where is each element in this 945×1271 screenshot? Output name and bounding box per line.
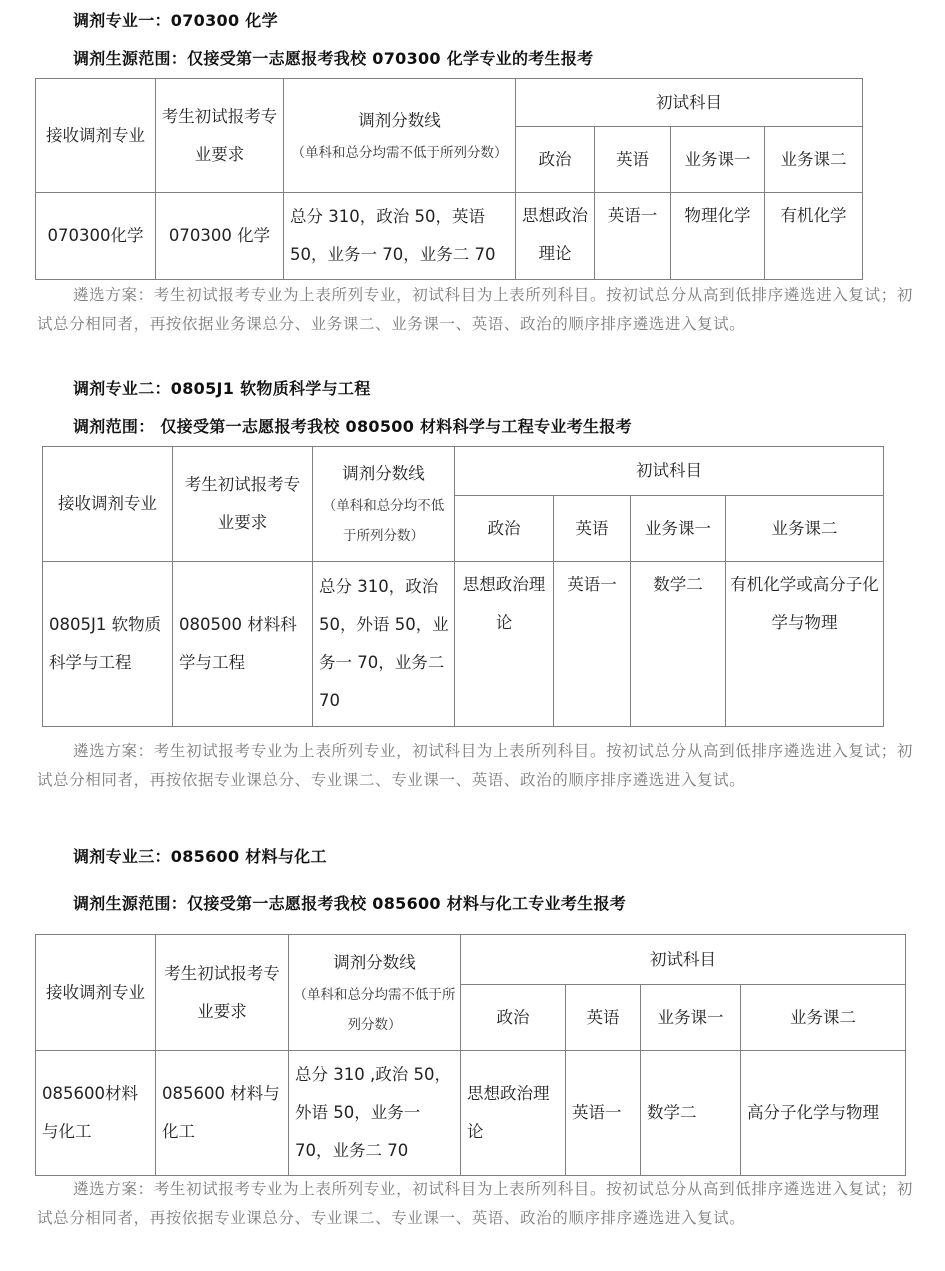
header-politics: 政治: [461, 985, 566, 1051]
header-receiving-major: 接收调剂专业: [43, 447, 173, 562]
cell-score-line: 总分 310，政治 50，外语 50，业务一 70，业务二 70: [313, 562, 455, 727]
cell-course1: 数学二: [631, 562, 726, 727]
header-course1: 业务课一: [671, 127, 765, 193]
cell-politics: 思想政治理论: [516, 193, 595, 280]
header-applicant-major-req: 考生初试报考专业要求: [173, 447, 313, 562]
score-line-label: 调剂分数线: [317, 457, 450, 491]
section-2-scope: 调剂范围： 仅接受第一志愿报考我校 080500 材料科学与工程专业考生报考: [73, 414, 632, 437]
score-line-note: （单科和总分均不低于所列分数）: [317, 491, 450, 551]
header-course2: 业务课二: [741, 985, 906, 1051]
cell-course2: 高分子化学与物理: [741, 1051, 906, 1176]
cell-course1: 数学二: [641, 1051, 741, 1176]
header-course1: 业务课一: [641, 985, 741, 1051]
cell-politics: 思想政治理论: [455, 562, 554, 727]
section-3-selection-plan: 遴选方案：考生初试报考专业为上表所列专业，初试科目为上表所列科目。按初试总分从高…: [37, 1175, 913, 1233]
header-exam-subjects: 初试科目: [461, 935, 906, 985]
cell-applicant-major-req: 085600 材料与化工: [156, 1051, 289, 1176]
cell-receiving-major: 085600材料与化工: [36, 1051, 156, 1176]
section-3-table: 接收调剂专业 考生初试报考专业要求 调剂分数线 （单科和总分均需不低于所列分数）…: [35, 934, 906, 1176]
cell-score-line: 总分 310，政治 50，英语 50，业务一 70，业务二 70: [284, 193, 516, 280]
header-english: 英语: [566, 985, 641, 1051]
section-1-title: 调剂专业一：070300 化学: [73, 8, 278, 31]
section-3-scope: 调剂生源范围：仅接受第一志愿报考我校 085600 材料与化工专业考生报考: [73, 891, 626, 914]
header-politics: 政治: [516, 127, 595, 193]
cell-course1: 物理化学: [671, 193, 765, 280]
header-score-line: 调剂分数线 （单科和总分均需不低于所列分数）: [284, 79, 516, 193]
cell-english: 英语一: [566, 1051, 641, 1176]
score-line-note: （单科和总分均需不低于所列分数）: [288, 138, 511, 168]
cell-applicant-major-req: 080500 材料科学与工程: [173, 562, 313, 727]
cell-score-line: 总分 310 ,政治 50，外语 50，业务一 70，业务二 70: [289, 1051, 461, 1176]
header-receiving-major: 接收调剂专业: [36, 935, 156, 1051]
section-2-selection-plan: 遴选方案：考生初试报考专业为上表所列专业，初试科目为上表所列科目。按初试总分从高…: [37, 737, 913, 795]
cell-receiving-major: 0805J1 软物质科学与工程: [43, 562, 173, 727]
score-line-note: （单科和总分均需不低于所列分数）: [293, 980, 456, 1040]
section-1-selection-plan: 遴选方案：考生初试报考专业为上表所列专业，初试科目为上表所列科目。按初试总分从高…: [37, 281, 913, 339]
header-english: 英语: [554, 496, 631, 562]
cell-english: 英语一: [595, 193, 671, 280]
section-3-title: 调剂专业三：085600 材料与化工: [73, 844, 327, 867]
header-receiving-major: 接收调剂专业: [36, 79, 156, 193]
header-course2: 业务课二: [726, 496, 884, 562]
header-politics: 政治: [455, 496, 554, 562]
section-1-scope: 调剂生源范围：仅接受第一志愿报考我校 070300 化学专业的考生报考: [73, 46, 593, 69]
header-applicant-major-req: 考生初试报考专业要求: [156, 935, 289, 1051]
header-score-line: 调剂分数线 （单科和总分均不低于所列分数）: [313, 447, 455, 562]
cell-applicant-major-req: 070300 化学: [156, 193, 284, 280]
header-exam-subjects: 初试科目: [516, 79, 863, 127]
cell-politics: 思想政治理论: [461, 1051, 566, 1176]
cell-course2: 有机化学: [765, 193, 863, 280]
section-2-table: 接收调剂专业 考生初试报考专业要求 调剂分数线 （单科和总分均不低于所列分数） …: [42, 446, 884, 727]
header-course1: 业务课一: [631, 496, 726, 562]
score-line-label: 调剂分数线: [293, 946, 456, 980]
section-2-title: 调剂专业二：0805J1 软物质科学与工程: [73, 376, 371, 399]
cell-english: 英语一: [554, 562, 631, 727]
header-course2: 业务课二: [765, 127, 863, 193]
score-line-label: 调剂分数线: [288, 104, 511, 138]
header-exam-subjects: 初试科目: [455, 447, 884, 496]
header-applicant-major-req: 考生初试报考专业要求: [156, 79, 284, 193]
cell-receiving-major: 070300化学: [36, 193, 156, 280]
header-english: 英语: [595, 127, 671, 193]
header-score-line: 调剂分数线 （单科和总分均需不低于所列分数）: [289, 935, 461, 1051]
cell-course2: 有机化学或高分子化学与物理: [726, 562, 884, 727]
section-1-table: 接收调剂专业 考生初试报考专业要求 调剂分数线 （单科和总分均需不低于所列分数）…: [35, 78, 863, 280]
